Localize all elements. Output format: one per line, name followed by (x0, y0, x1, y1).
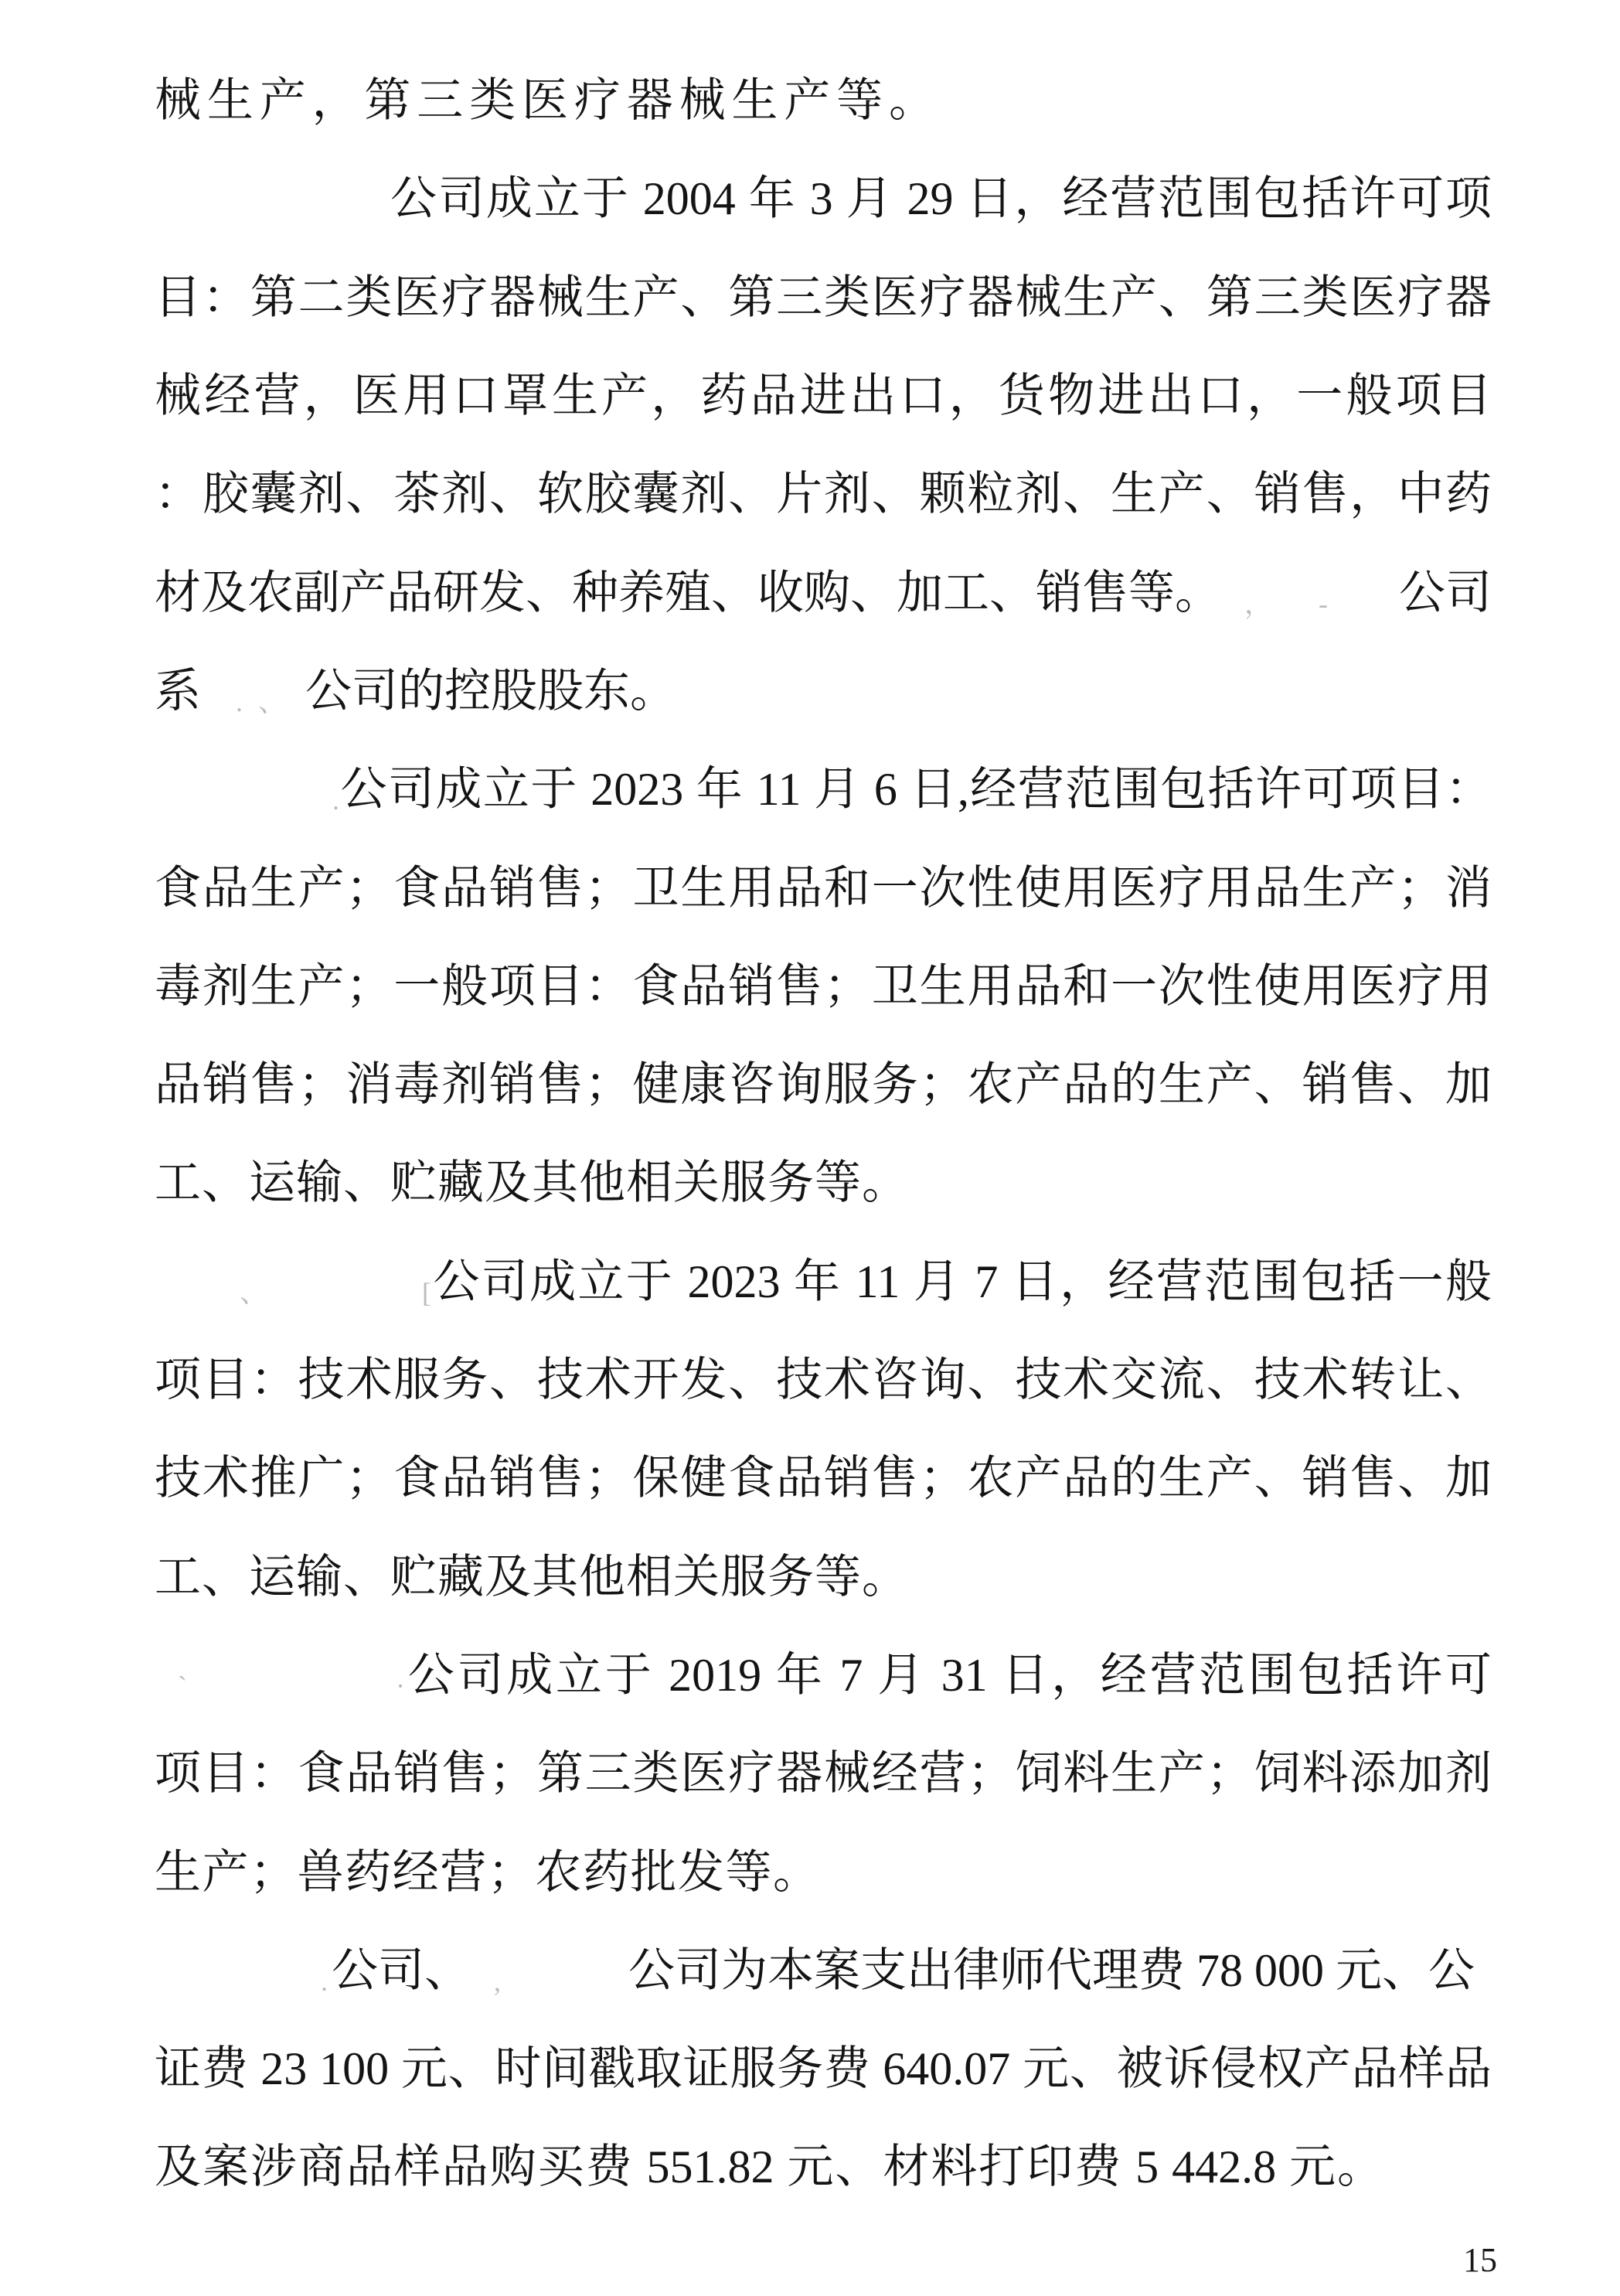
redaction-gap (501, 1985, 628, 1986)
text-segment: 公司成立于 2023 年 11 月 6 日,经营范围包括许可项目： (339, 764, 1492, 815)
text-line: 目：第二类医疗器械生产、第三类医疗器械生产、第三类医疗器 (155, 267, 1492, 329)
erased-text-residue: · (396, 1655, 405, 1717)
page-number: 15 (1463, 2240, 1497, 2281)
text-segment: 及案涉商品样品购买费 551.82 元、材料打印费 5 442.8 元。 (155, 2141, 1383, 2192)
text-segment: 证费 23 100 元、时间戳取证服务费 640.07 元、被诉侵权产品样品 (155, 2043, 1492, 2094)
text-line: 械经营，医用口罩生产，药品进出口，货物进出口，一般项目 (155, 365, 1492, 427)
text-line: .公司成立于 2023 年 11 月 6 日,经营范围包括许可项目： (332, 758, 1492, 826)
text-line: `·公司成立于 2019 年 7 月 31 日，经营范围包括许可 (178, 1644, 1492, 1712)
document-page: 15 械生产，第三类医疗器械生产等。公司成立于 2004 年 3 月 29 日，… (0, 0, 1620, 2296)
redaction-gap (187, 1690, 396, 1691)
text-segment: 食品生产；食品销售；卫生用品和一次性使用医疗用品生产；消 (155, 863, 1492, 914)
erased-text-residue: [ (422, 1262, 431, 1323)
text-segment: 工、运输、贮藏及其他相关服务等。 (155, 1157, 908, 1208)
erased-text-residue: . (236, 671, 243, 733)
text-line: 技术推广；食品销售；保健食品销售；农产品的生产、销售、加 (155, 1447, 1492, 1509)
text-line: ：胶囊剂、茶剂、软胶囊剂、片剂、颗粒剂、生产、销售，中药 (155, 463, 1492, 525)
erased-text-residue: . (332, 769, 339, 831)
text-segment: 目：第二类医疗器械生产、第三类医疗器械生产、第三类医疗器 (155, 272, 1492, 323)
erased-text-residue: 、 (240, 1262, 267, 1323)
text-line: 生产；兽药经营；农药批发等。 (155, 1841, 819, 1903)
text-segment: 公司成立于 2004 年 3 月 29 日，经营范围包括许可项 (390, 173, 1492, 224)
text-line: .公司、,公司为本案支出律师代理费 78 000 元、公 (321, 1940, 1492, 2008)
text-line: 品销售；消毒剂销售；健康咨询服务；农产品的生产、销售、加 (155, 1054, 1492, 1116)
text-segment: 材及农副产品研发、种养殖、收购、加工、销售等。 (155, 567, 1221, 618)
text-line: 系.、公司的控股股东。 (155, 660, 1492, 728)
text-segment: 公司的控股股东。 (305, 666, 676, 717)
text-line: 工、运输、贮藏及其他相关服务等。 (155, 1152, 908, 1214)
erased-text-residue: ` (178, 1655, 187, 1717)
text-segment: 工、运输、贮藏及其他相关服务等。 (155, 1552, 908, 1603)
erased-text-residue: . (321, 1950, 328, 2012)
erased-text-residue: 、 (258, 671, 286, 733)
redaction-gap (1221, 608, 1244, 608)
text-segment: 公司为本案支出律师代理费 78 000 元、公 (628, 1945, 1475, 1996)
text-segment: 公司 (1399, 562, 1492, 624)
text-line: 毒剂生产；一般项目：食品销售；卫生用品和一次性使用医疗用 (155, 956, 1492, 1017)
text-segment: 技术推广；食品销售；保健食品销售；农产品的生产、销售、加 (155, 1453, 1492, 1504)
text-line: 证费 23 100 元、时间戳取证服务费 640.07 元、被诉侵权产品样品 (155, 2038, 1492, 2100)
text-segment: 品销售；消毒剂销售；健康咨询服务；农产品的生产、销售、加 (155, 1059, 1492, 1110)
text-line: 食品生产；食品销售；卫生用品和一次性使用医疗用品生产；消 (155, 857, 1492, 919)
redaction-gap (201, 706, 236, 707)
erased-text-residue: , (494, 1950, 501, 2012)
redaction-gap (286, 706, 305, 707)
text-line: 材及农副产品研发、种养殖、收购、加工、销售等。，-公司 (155, 562, 1492, 630)
text-line: 及案涉商品样品购买费 551.82 元、材料打印费 5 442.8 元。 (155, 2136, 1383, 2198)
text-segment: 项目：技术服务、技术开发、技术咨询、技术交流、技术转让、 (155, 1354, 1492, 1405)
text-line: 项目：技术服务、技术开发、技术咨询、技术交流、技术转让、 (155, 1349, 1492, 1411)
text-line: 、[公司成立于 2023 年 11 月 7 日，经营范围包括一般 (240, 1251, 1492, 1319)
text-segment: 公司成立于 2019 年 7 月 31 日，经营范围包括许可 (405, 1650, 1492, 1701)
text-line: 项目：食品销售；第三类医疗器械经营；饲料生产；饲料添加剂 (155, 1742, 1492, 1804)
redaction-gap (1272, 608, 1319, 608)
text-line: 公司成立于 2004 年 3 月 29 日，经营范围包括许可项 (390, 168, 1492, 230)
text-segment: 系 (155, 666, 201, 717)
text-line: 械生产，第三类医疗器械生产等。 (155, 70, 935, 131)
redaction-gap (243, 706, 258, 707)
text-segment: 公司成立于 2023 年 11 月 7 日，经营范围包括一般 (431, 1256, 1492, 1307)
erased-text-residue: - (1319, 573, 1328, 635)
redaction-gap (471, 1985, 494, 1986)
redaction-gap (267, 1296, 422, 1297)
text-segment: 项目：食品销售；第三类医疗器械经营；饲料生产；饲料添加剂 (155, 1748, 1492, 1799)
text-segment: 械经营，医用口罩生产，药品进出口，货物进出口，一般项目 (155, 370, 1492, 421)
erased-text-residue: ， (1244, 573, 1272, 635)
text-line: 工、运输、贮藏及其他相关服务等。 (155, 1546, 908, 1608)
text-segment: 械生产，第三类医疗器械生产等。 (155, 75, 935, 126)
text-segment: 公司、 (332, 1945, 471, 1996)
text-segment: 毒剂生产；一般项目：食品销售；卫生用品和一次性使用医疗用 (155, 961, 1492, 1012)
text-segment: 生产；兽药经营；农药批发等。 (155, 1847, 819, 1898)
text-segment: ：胶囊剂、茶剂、软胶囊剂、片剂、颗粒剂、生产、销售，中药 (155, 468, 1492, 519)
